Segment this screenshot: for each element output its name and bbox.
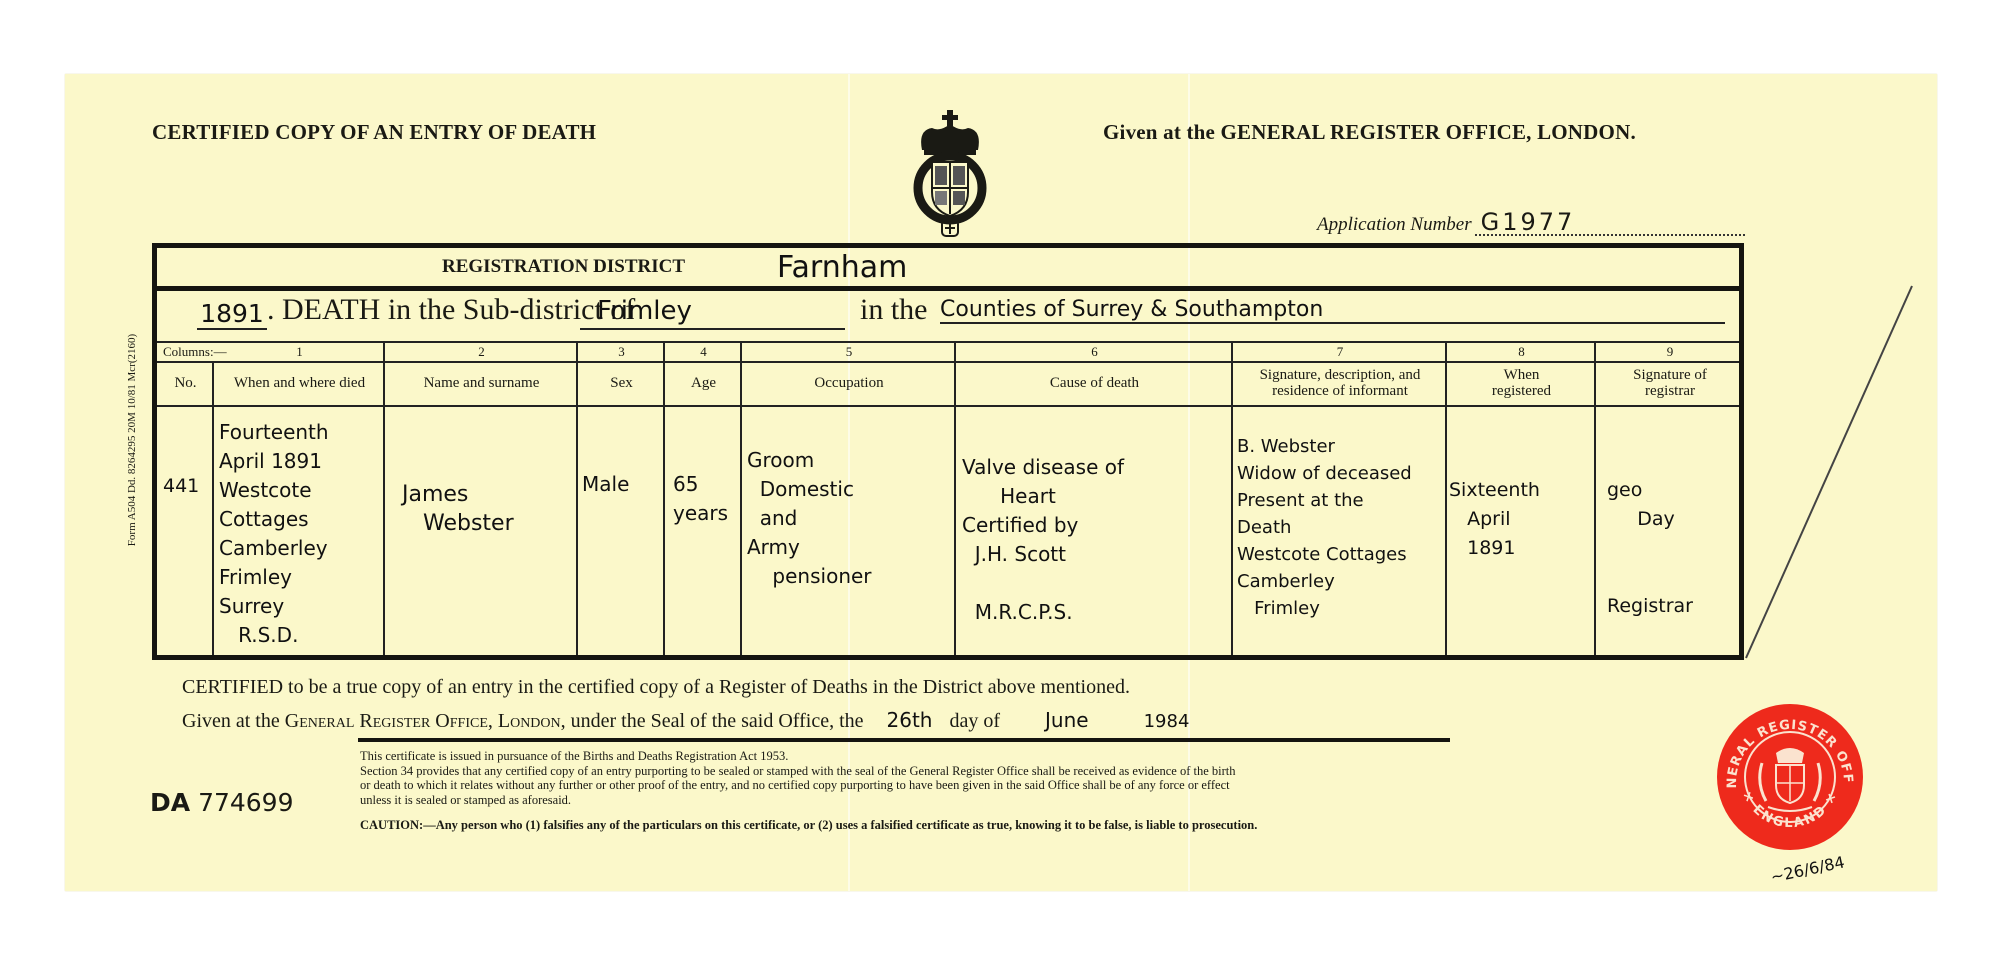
column-number: 7 xyxy=(1233,343,1447,361)
column-divider xyxy=(576,341,578,655)
subdistrict-underline xyxy=(580,328,845,330)
royal-crest-icon xyxy=(908,110,992,238)
column-number: 4 xyxy=(665,343,742,361)
subdistrict-row: 1891 . DEATH in the Sub-district of Frim… xyxy=(157,291,1739,341)
column-header-when-where: When and where died xyxy=(214,361,385,405)
certification-year: 1984 xyxy=(1144,711,1190,732)
county-value: Counties of Surrey & Southampton xyxy=(940,297,1725,324)
column-divider xyxy=(1594,341,1596,655)
column-headers-row: No. When and where died Name and surname… xyxy=(157,361,1739,407)
column-header-registrar: Signature of registrar xyxy=(1596,361,1744,405)
registration-district-label: REGISTRATION DISTRICT xyxy=(442,256,685,278)
column-divider xyxy=(1445,341,1447,655)
application-number-field: G1977 xyxy=(1475,216,1745,236)
column-number: 5 xyxy=(742,343,956,361)
entry-cause-of-death: Valve disease of Heart Certified by J.H.… xyxy=(962,453,1124,627)
column-divider xyxy=(383,341,385,655)
certification-month: June xyxy=(1045,708,1089,732)
column-divider xyxy=(663,341,665,655)
column-number: 9 xyxy=(1596,343,1744,361)
entry-informant: B. Webster Widow of deceased Present at … xyxy=(1237,433,1412,622)
column-header-sex: Sex xyxy=(578,361,665,405)
certification-given-at: Given at the General Register Office, Lo… xyxy=(182,708,1189,733)
column-header-age: Age xyxy=(665,361,742,405)
certificate-title: CERTIFIED COPY OF AN ENTRY OF DEATH xyxy=(152,120,596,145)
column-divider xyxy=(954,341,956,655)
entry-occupation: Groom Domestic and Army pensioner xyxy=(747,446,872,591)
column-header-occupation: Occupation xyxy=(742,361,956,405)
given-at-office: General Register Office, London, xyxy=(285,710,566,732)
given-at-text: Given at the xyxy=(182,710,285,732)
subdistrict-value: Frimley xyxy=(597,296,692,326)
serial-number: 774699 xyxy=(198,788,293,817)
given-at-seal-text: under the Seal of the said Office, the xyxy=(566,710,864,732)
entry-when-registered: Sixteenth April 1891 xyxy=(1449,476,1540,563)
serial-prefix: DA xyxy=(150,788,190,817)
entry-number: 441 xyxy=(163,472,199,501)
column-number: 1 xyxy=(214,343,385,361)
column-header-when-registered: When registered xyxy=(1447,361,1596,405)
registration-district-value: Farnham xyxy=(777,250,907,285)
application-number-label: Application Number xyxy=(1317,214,1472,236)
entry-sex: Male xyxy=(582,470,629,499)
registration-district-row: REGISTRATION DISTRICT Farnham xyxy=(157,248,1739,291)
certification-statement: CERTIFIED to be a true copy of an entry … xyxy=(182,676,1130,699)
column-number: 6 xyxy=(956,343,1233,361)
certification-day: 26th xyxy=(887,708,933,732)
entry-registrar-signature: geo Day Registrar xyxy=(1607,476,1693,621)
caution-notice: CAUTION:—Any person who (1) falsifies an… xyxy=(360,818,1257,833)
issuing-office-title: Given at the GENERAL REGISTER OFFICE, LO… xyxy=(1103,120,1636,145)
legal-notice: This certificate is issued in pursuance … xyxy=(360,749,1236,807)
column-header-name: Name and surname xyxy=(385,361,578,405)
column-header-informant: Signature, description, and residence of… xyxy=(1233,361,1447,405)
year-value: 1891 xyxy=(197,299,267,330)
death-subdistrict-label: . DEATH in the Sub-district of xyxy=(267,293,635,327)
column-header-no: No. xyxy=(157,361,214,405)
death-entry-table: REGISTRATION DISTRICT Farnham 1891 . DEA… xyxy=(152,243,1744,660)
application-number: Application Number G1977 xyxy=(1317,214,1745,236)
diagonal-strike-line xyxy=(1740,280,1920,665)
form-number: Form A504 Dd. 8264295 20M 10/81 Mcr(2160… xyxy=(126,310,138,570)
entry-when-where-died: Fourteenth April 1891 Westcote Cottages … xyxy=(219,418,329,650)
certification-rule xyxy=(358,738,1450,742)
entry-age: 65 years xyxy=(673,470,728,528)
general-register-office-seal-icon: GENERAL REGISTER OFFICE × ENGLAND × xyxy=(1716,703,1864,851)
entry-name: James Webster xyxy=(402,480,514,538)
column-divider xyxy=(212,361,214,655)
in-the-label: in the xyxy=(860,293,928,327)
certificate-serial-number: DA 774699 xyxy=(150,788,294,817)
column-divider xyxy=(740,341,742,655)
day-of-label: day of xyxy=(949,710,1000,732)
column-divider xyxy=(1231,341,1233,655)
column-numbers-row: Columns:— 1 2 3 4 5 6 7 8 9 xyxy=(157,341,1739,363)
application-number-value: G1977 xyxy=(1481,208,1576,236)
column-header-cause: Cause of death xyxy=(956,361,1233,405)
column-number: 8 xyxy=(1447,343,1596,361)
column-number: 3 xyxy=(578,343,665,361)
column-number: 2 xyxy=(385,343,578,361)
